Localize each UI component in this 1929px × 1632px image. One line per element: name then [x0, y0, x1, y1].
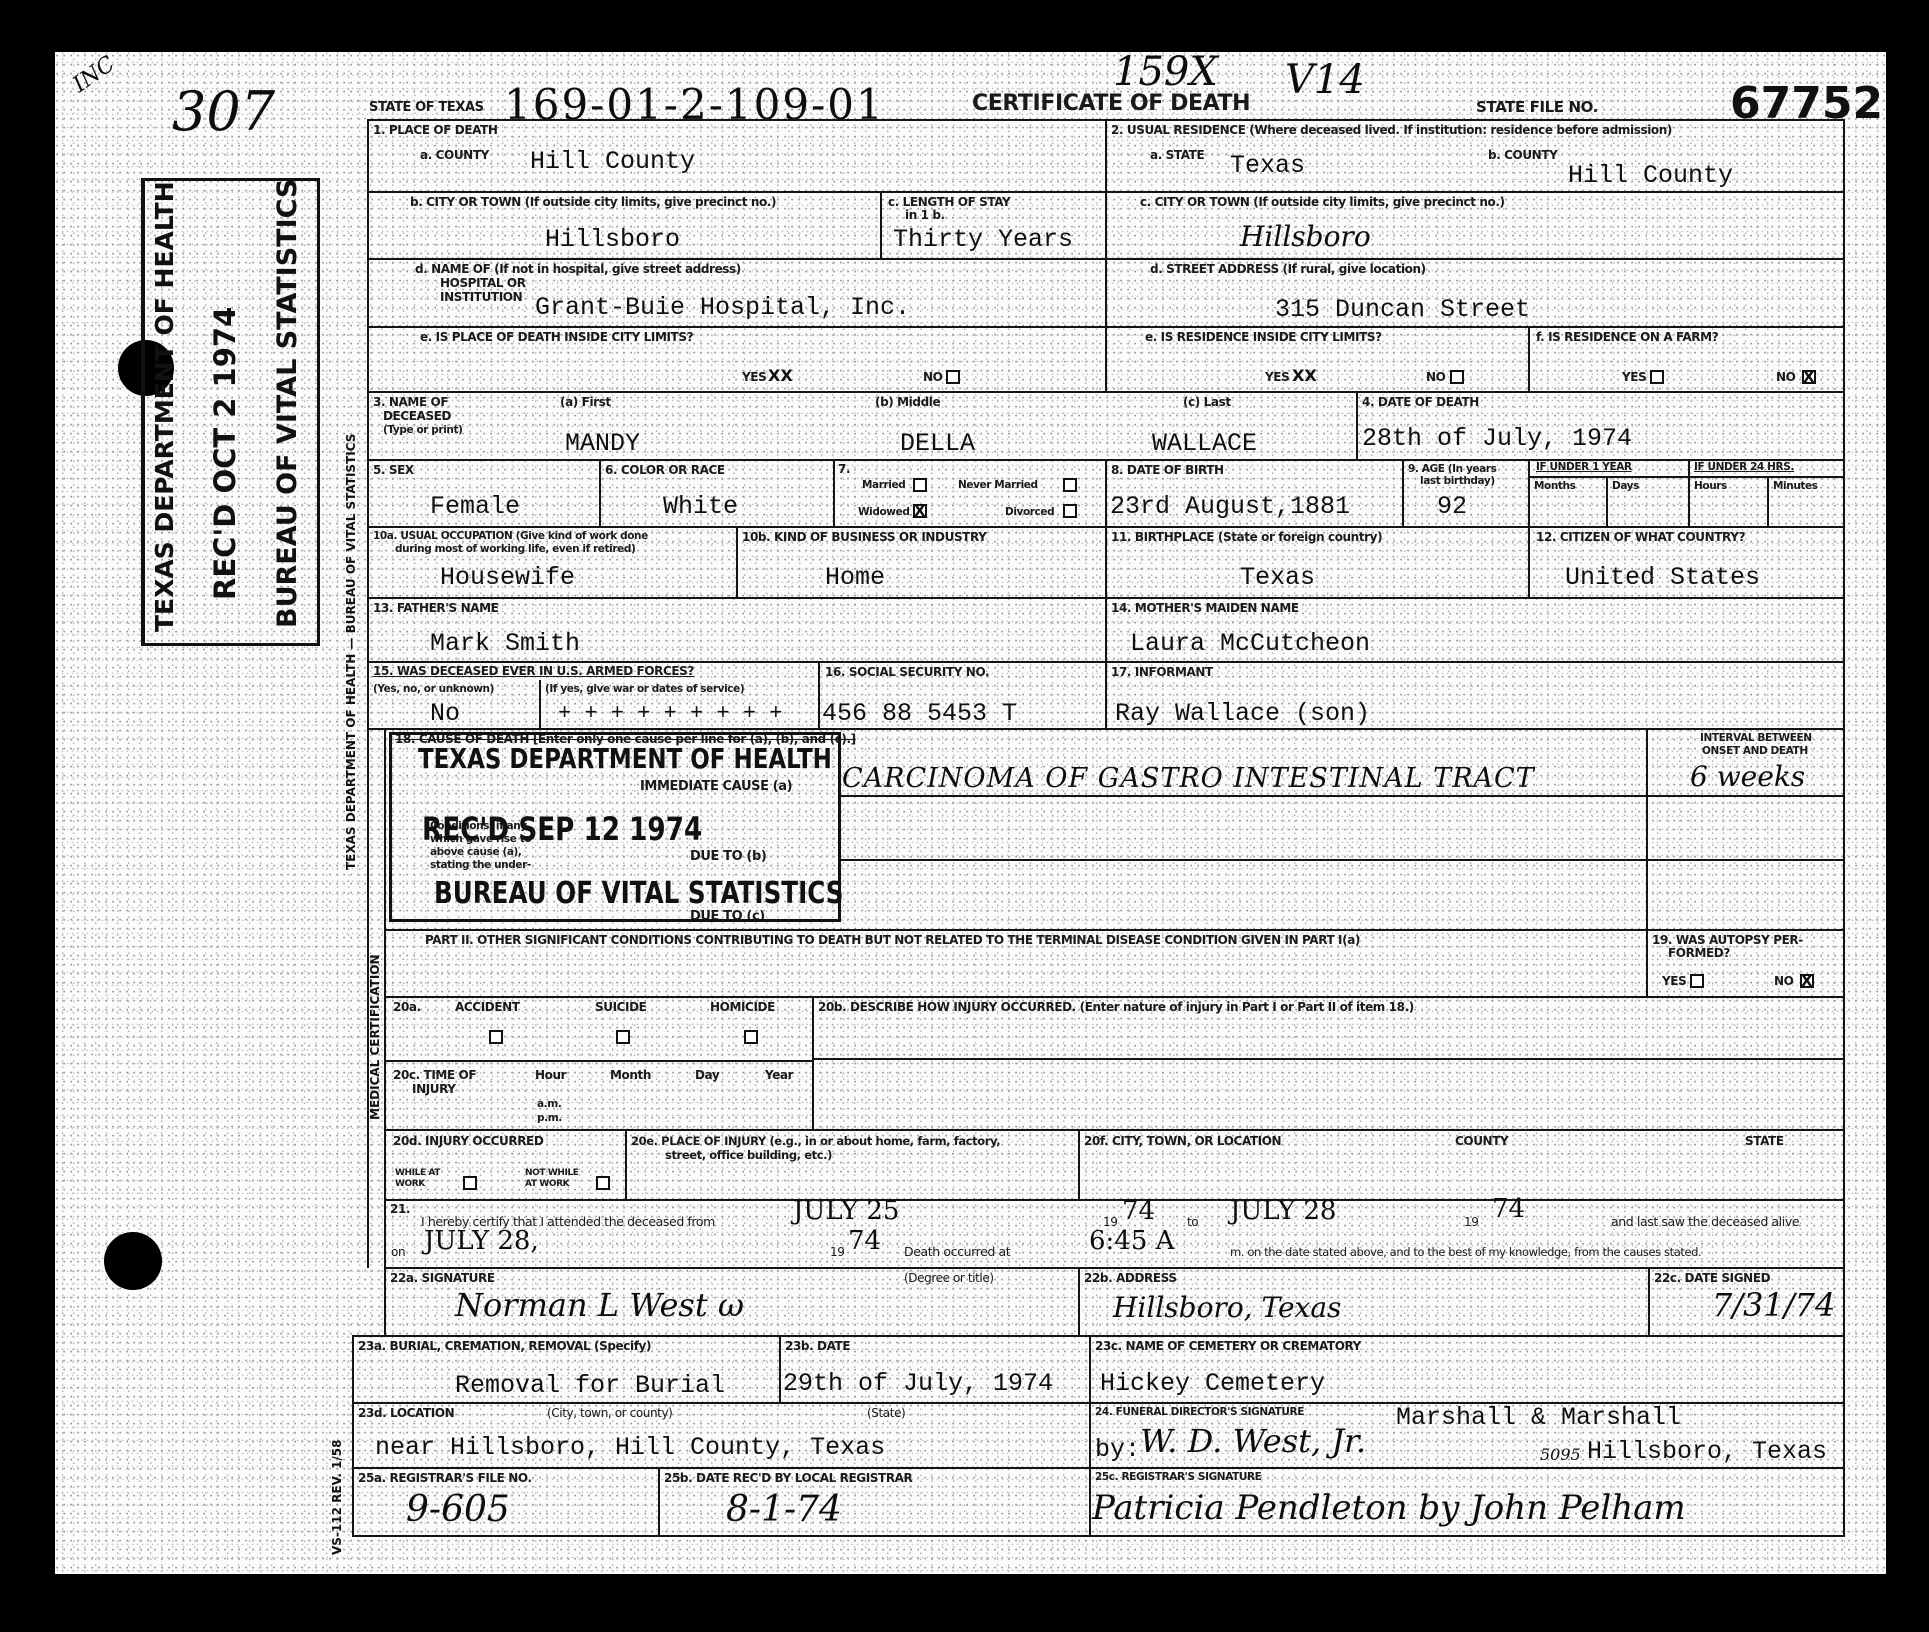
residence-inside-yes-mark: XX: [1292, 366, 1317, 385]
sep-stamp-line2: REC'D SEP 12 1974: [422, 810, 702, 848]
deceased-name-label-3: (Type or print): [383, 424, 463, 436]
best-knowledge-text: m. on the date stated above, and to the …: [1230, 1245, 1701, 1259]
hole-punch-bottom: [104, 1232, 162, 1290]
date-signed-label: 22c. DATE SIGNED: [1654, 1271, 1770, 1285]
citizen-label: 12. CITIZEN OF WHAT COUNTRY?: [1536, 530, 1745, 544]
injury-occurred-label: 20d. INJURY OCCURRED: [393, 1134, 543, 1148]
informant-value: Ray Wallace (son): [1115, 700, 1370, 728]
death-city-value: Hillsboro: [545, 226, 680, 254]
side-label-medical-certification: MEDICAL CERTIFICATION: [368, 954, 382, 1120]
disposition-value: Removal for Burial: [455, 1372, 725, 1400]
autopsy-no-checkbox: X: [1800, 974, 1814, 988]
month-label: Month: [610, 1068, 651, 1082]
cemetery-value: Hickey Cemetery: [1100, 1370, 1325, 1398]
autopsy-label-2: FORMED?: [1668, 946, 1730, 960]
title-annotation: 159X: [1113, 50, 1218, 94]
divider: [1606, 476, 1608, 528]
length-of-stay-label-2: in 1 b.: [905, 208, 945, 222]
age-label-2: last birthday): [1420, 475, 1495, 487]
sex-label: 5. SEX: [373, 463, 414, 477]
homicide-checkbox: [744, 1030, 758, 1044]
birthplace-value: Texas: [1240, 564, 1315, 592]
months-label: Months: [1534, 480, 1575, 492]
deceased-name-label-2: DECEASED: [383, 409, 451, 423]
interval-cell: [1646, 728, 1845, 931]
describe-injury-cell: [812, 996, 1845, 1131]
funeral-city-value: Hillsboro, Texas: [1587, 1438, 1827, 1466]
never-married-label: Never Married: [958, 479, 1038, 491]
inside-city-yes-mark: XX: [768, 366, 793, 385]
inside-city-no-checkbox: [946, 370, 960, 384]
marital-status-label: 7.: [838, 462, 850, 476]
divider: [840, 859, 1648, 861]
divorced-label: Divorced: [1005, 506, 1054, 518]
date-of-death-value: 28th of July, 1974: [1362, 425, 1632, 453]
certifier-address-label: 22b. ADDRESS: [1084, 1271, 1177, 1285]
item-20a-label: 20a.: [393, 1000, 421, 1014]
local-received-label: 25b. DATE REC'D BY LOCAL REGISTRAR: [664, 1471, 912, 1485]
burial-location-sub-2: (State): [867, 1406, 905, 1420]
homicide-label: HOMICIDE: [710, 1000, 775, 1014]
not-at-work-label-2: AT WORK: [525, 1178, 569, 1190]
funeral-home-value: Marshall & Marshall: [1396, 1404, 1681, 1432]
middle-name-label: (b) Middle: [875, 395, 940, 409]
checkbox-mark: X: [1801, 972, 1813, 990]
place-of-death-county-value: Hill County: [530, 148, 695, 176]
cemetery-label: 23c. NAME OF CEMETERY OR CREMATORY: [1095, 1339, 1361, 1353]
checkbox-mark: X: [914, 502, 926, 520]
occupation-label: 10a. USUAL OCCUPATION (Give kind of work…: [373, 530, 648, 542]
received-stamp-line2: REC'D OCT 2 1974: [208, 307, 242, 600]
ssn-value: 456 88 5453 T: [822, 700, 1017, 728]
funeral-director-signature: W. D. West, Jr.: [1140, 1426, 1366, 1456]
first-name-value: MANDY: [565, 430, 640, 458]
year-label: Year: [765, 1068, 793, 1082]
date-of-birth-label: 8. DATE OF BIRTH: [1111, 463, 1224, 477]
armed-forces-label: 15. WAS DECEASED EVER IN U.S. ARMED FORC…: [373, 664, 694, 678]
widowed-label: Widowed: [858, 506, 909, 518]
days-label: Days: [1612, 480, 1639, 492]
father-name-value: Mark Smith: [430, 630, 580, 658]
hospital-label-3: INSTITUTION: [440, 290, 522, 304]
attended-to-date: JULY 28: [1230, 1196, 1336, 1226]
divider: [539, 680, 541, 730]
minutes-label: Minutes: [1773, 480, 1818, 492]
widowed-checkbox: X: [913, 504, 927, 518]
last-name-label: (c) Last: [1183, 395, 1231, 409]
funeral-director-label: 24. FUNERAL DIRECTOR'S SIGNATURE: [1095, 1406, 1304, 1418]
injury-county-label: COUNTY: [1455, 1134, 1508, 1148]
side-label-department: TEXAS DEPARTMENT OF HEALTH — BUREAU OF V…: [344, 434, 358, 870]
registrar-signature: Patricia Pendleton by John Pelham: [1092, 1488, 1686, 1528]
last-name-value: WALLACE: [1152, 430, 1257, 458]
mother-name-label: 14. MOTHER'S MAIDEN NAME: [1111, 601, 1299, 615]
under-24-hours-label: IF UNDER 24 HRS.: [1694, 461, 1794, 473]
residence-inside-no-label: NO: [1426, 370, 1445, 384]
farm-yes-label: YES: [1622, 370, 1646, 384]
injury-location-label: 20f. CITY, TOWN, OR LOCATION: [1084, 1134, 1281, 1148]
citizen-value: United States: [1565, 564, 1760, 592]
business-value: Home: [825, 564, 885, 592]
hospital-label-2: HOSPITAL OR: [440, 276, 526, 290]
interval-label-1: INTERVAL BETWEEN: [1700, 732, 1812, 744]
ssn-label: 16. SOCIAL SECURITY NO.: [825, 665, 989, 679]
under-one-year-label: IF UNDER 1 YEAR: [1536, 461, 1632, 473]
farm-no-checkbox: X: [1802, 370, 1816, 384]
birthplace-label: 11. BIRTHPLACE (State or foreign country…: [1111, 530, 1382, 544]
burial-date-value: 29th of July, 1974: [783, 1370, 1053, 1398]
suicide-label: SUICIDE: [595, 1000, 646, 1014]
local-received-value: 8-1-74: [726, 1490, 842, 1530]
deceased-name-label: 3. NAME OF: [373, 395, 448, 409]
attended-from-year: 74: [1122, 1196, 1155, 1226]
farm-yes-checkbox: [1650, 370, 1664, 384]
place-of-death-county-label: a. COUNTY: [420, 148, 489, 162]
place-of-death-heading: 1. PLACE OF DEATH: [373, 123, 498, 137]
race-label: 6. COLOR OR RACE: [605, 463, 725, 477]
describe-injury-label: 20b. DESCRIBE HOW INJURY OCCURRED. (Ente…: [818, 1000, 1414, 1014]
inside-city-limits-label: e. IS PLACE OF DEATH INSIDE CITY LIMITS?: [420, 330, 693, 344]
hours-label: Hours: [1694, 480, 1727, 492]
at-work-label-2: WORK: [395, 1178, 425, 1190]
last-seen-century: 19: [830, 1245, 844, 1259]
divider: [812, 1058, 1845, 1060]
last-saw-text: and last saw the deceased alive: [1611, 1215, 1799, 1229]
form-number-label: VS-112 REV. 1/58: [330, 1440, 344, 1555]
divider: [840, 795, 1648, 797]
residence-city-value: Hillsboro: [1240, 222, 1371, 252]
time-of-injury-label-2: INJURY: [412, 1082, 456, 1096]
interval-value: 6 weeks: [1690, 762, 1805, 792]
accident-label: ACCIDENT: [455, 1000, 520, 1014]
armed-forces-sub-label: (Yes, no, or unknown): [373, 683, 494, 695]
autopsy-no-label: NO: [1774, 974, 1793, 988]
autopsy-yes-checkbox: [1690, 974, 1704, 988]
hour-label: Hour: [535, 1068, 566, 1082]
inside-city-yes-label: YES: [742, 370, 766, 384]
residence-state-label: a. STATE: [1150, 148, 1204, 162]
registrar-signature-label: 25c. REGISTRAR'S SIGNATURE: [1095, 1471, 1261, 1483]
funeral-by-label: by:: [1095, 1436, 1140, 1464]
date-of-death-label: 4. DATE OF DEATH: [1362, 395, 1479, 409]
inside-city-no-label: NO: [923, 370, 942, 384]
farm-no-label: NO: [1776, 370, 1795, 384]
accident-checkbox: [489, 1030, 503, 1044]
burial-location-label: 23d. LOCATION: [358, 1406, 454, 1420]
sep-stamp-line3: BUREAU OF VITAL STATISTICS: [434, 876, 843, 911]
funeral-license-number: 5095: [1540, 1440, 1581, 1470]
usual-residence-heading: 2. USUAL RESIDENCE (Where deceased lived…: [1111, 123, 1672, 137]
occupation-label-2: during most of working life, even if ret…: [395, 543, 635, 555]
pm-label: p.m.: [537, 1112, 562, 1124]
attended-to-year: 74: [1492, 1194, 1525, 1224]
received-stamp-line3: BUREAU OF VITAL STATISTICS: [272, 179, 303, 628]
divorced-checkbox: [1063, 504, 1077, 518]
day-label: Day: [695, 1068, 719, 1082]
hospital-value: Grant-Buie Hospital, Inc.: [535, 294, 910, 322]
informant-label: 17. INFORMANT: [1111, 665, 1213, 679]
residence-inside-limits-label: e. IS RESIDENCE INSIDE CITY LIMITS?: [1145, 330, 1382, 344]
burial-date-label: 23b. DATE: [785, 1339, 850, 1353]
disposition-label: 23a. BURIAL, CREMATION, REMOVAL (Specify…: [358, 1339, 651, 1353]
age-value: 92: [1437, 493, 1467, 521]
degree-label: (Degree or title): [904, 1271, 994, 1285]
residence-inside-no-checkbox: [1450, 370, 1464, 384]
place-of-injury-label: 20e. PLACE OF INJURY (e.g., in or about …: [631, 1134, 1000, 1148]
death-occurred-label: Death occurred at: [904, 1245, 1010, 1259]
burial-location-value: near Hillsboro, Hill County, Texas: [375, 1434, 885, 1462]
date-signed-value: 7/31/74: [1712, 1290, 1835, 1320]
registrar-file-label: 25a. REGISTRAR'S FILE NO.: [358, 1471, 532, 1485]
certifier-signature: Norman L West ω: [455, 1290, 744, 1320]
to-label: to: [1187, 1215, 1198, 1229]
last-seen-date: JULY 28,: [424, 1226, 539, 1256]
street-address-value: 315 Duncan Street: [1275, 296, 1530, 324]
on-label: on: [391, 1245, 405, 1259]
margin-number-mark: 307: [172, 82, 275, 142]
received-stamp-line1: TEXAS DEPARTMENT OF HEALTH: [150, 181, 179, 632]
medical-section-rule: [367, 728, 369, 1268]
length-of-stay-label: c. LENGTH OF STAY: [888, 195, 1010, 209]
registrar-file-value: 9-605: [406, 1490, 510, 1530]
autopsy-label-1: 19. WAS AUTOPSY PER-: [1652, 933, 1803, 947]
race-value: White: [663, 493, 738, 521]
death-time-value: 6:45 A: [1089, 1226, 1174, 1256]
last-seen-year: 74: [848, 1226, 881, 1256]
burial-location-sub-1: (City, town, or county): [547, 1406, 672, 1420]
farm-label: f. IS RESIDENCE ON A FARM?: [1536, 330, 1718, 344]
residence-inside-yes-label: YES: [1265, 370, 1289, 384]
state-of-texas-label: STATE OF TEXAS: [369, 101, 484, 115]
first-name-label: (a) First: [560, 395, 611, 409]
middle-name-value: DELLA: [900, 430, 975, 458]
annotation-v14: V14: [1285, 58, 1365, 102]
certifier-address-value: Hillsboro, Texas: [1113, 1293, 1341, 1323]
never-married-checkbox: [1063, 478, 1077, 492]
not-at-work-checkbox: [596, 1176, 610, 1190]
attended-from-date: JULY 25: [793, 1196, 899, 1226]
state-file-label: STATE FILE NO.: [1476, 100, 1598, 114]
length-of-stay-value: Thirty Years: [893, 226, 1073, 254]
service-dates-value: + + + + + + + + +: [558, 700, 782, 728]
service-dates-label: (If yes, give war or dates of service): [545, 683, 744, 695]
residence-county-label: b. COUNTY: [1488, 148, 1557, 162]
married-checkbox: [913, 478, 927, 492]
sex-value: Female: [430, 493, 520, 521]
age-label: 9. AGE (In years: [1408, 463, 1496, 475]
residence-state-value: Texas: [1230, 152, 1305, 180]
occupation-value: Housewife: [440, 564, 575, 592]
certifier-signature-label: 22a. SIGNATURE: [390, 1271, 495, 1285]
am-label: a.m.: [537, 1098, 561, 1110]
sep-stamp-line1: TEXAS DEPARTMENT OF HEALTH: [418, 742, 832, 775]
at-work-checkbox: [463, 1176, 477, 1190]
married-label: Married: [862, 479, 905, 491]
to-century: 19: [1464, 1215, 1478, 1229]
suicide-checkbox: [616, 1030, 630, 1044]
father-name-label: 13. FATHER'S NAME: [373, 601, 498, 615]
armed-forces-value: No: [430, 700, 460, 728]
hospital-label: d. NAME OF (If not in hospital, give str…: [415, 262, 741, 276]
time-of-injury-label: 20c. TIME OF: [393, 1068, 476, 1082]
business-label: 10b. KIND OF BUSINESS OR INDUSTRY: [742, 530, 986, 544]
checkbox-mark: X: [1803, 368, 1815, 386]
residence-city-label: c. CITY OR TOWN (If outside city limits,…: [1140, 195, 1505, 209]
injury-state-label: STATE: [1745, 1134, 1784, 1148]
death-city-label: b. CITY OR TOWN (If outside city limits,…: [410, 195, 776, 209]
part-two-label: PART II. OTHER SIGNIFICANT CONDITIONS CO…: [425, 933, 1360, 947]
autopsy-yes-label: YES: [1662, 974, 1686, 988]
residence-county-value: Hill County: [1568, 162, 1733, 190]
street-address-label: d. STREET ADDRESS (If rural, give locati…: [1150, 262, 1426, 276]
certificate-title: CERTIFICATE OF DEATH: [972, 92, 1250, 116]
mother-name-value: Laura McCutcheon: [1130, 630, 1370, 658]
date-of-birth-value: 23rd August,1881: [1110, 493, 1350, 521]
immediate-cause-value: CARCINOMA OF GASTRO INTESTINAL TRACT: [842, 764, 1535, 794]
interval-label-2: ONSET AND DEATH: [1702, 745, 1808, 757]
item-21-label: 21.: [390, 1202, 410, 1216]
place-of-injury-label-2: street, office building, etc.): [665, 1148, 832, 1162]
